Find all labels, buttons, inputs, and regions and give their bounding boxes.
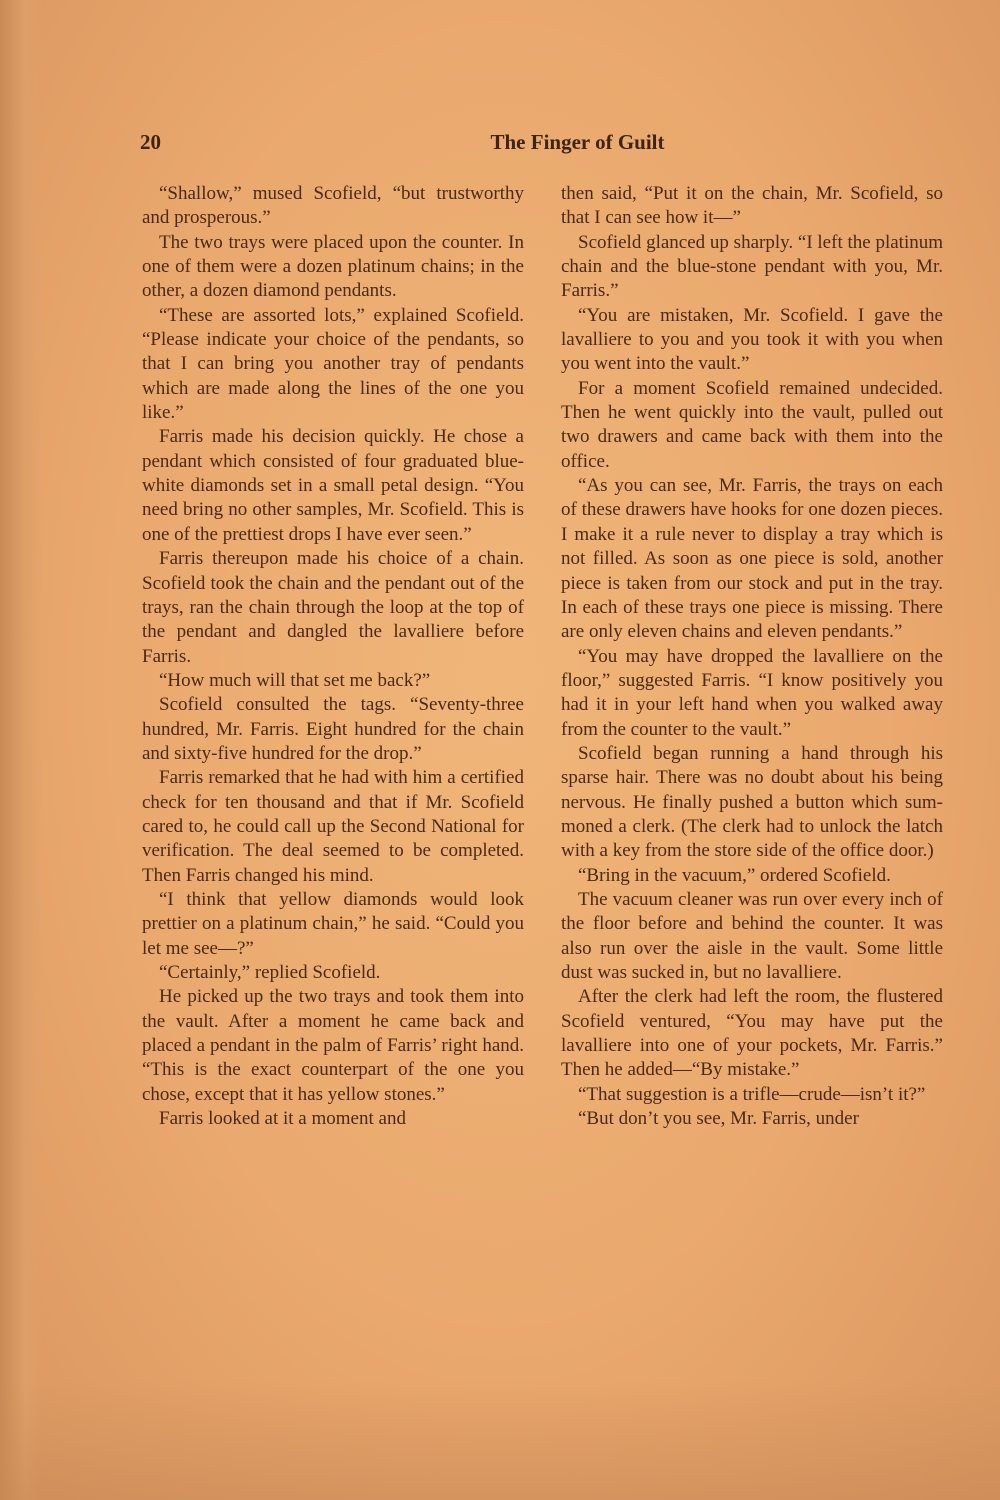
paragraph: “Certainly,” replied Scofield. (142, 961, 524, 985)
paragraph: Farris thereupon made his choice of a ch… (142, 547, 524, 669)
paragraph: The vacuum cleaner was run over every in… (561, 888, 943, 985)
paragraph: “That suggestion is a trifle—crude—isn’t… (561, 1083, 943, 1107)
paragraph: Scofield consulted the tags. “Seventy-th… (142, 693, 524, 766)
paragraph: He picked up the two trays and took them… (142, 985, 524, 1107)
paragraph: Scofield began running a hand through hi… (561, 742, 943, 864)
paragraph: After the clerk had left the room, the f… (561, 985, 943, 1082)
right-column: then said, “Put it on the chain, Mr. Sco… (561, 182, 943, 1131)
paragraph: “Shallow,” mused Scofield, “but trustwor… (142, 182, 524, 231)
paragraph: “These are assorted lots,” explained Sco… (142, 304, 524, 426)
running-title: The Finger of Guilt (140, 130, 960, 155)
paragraph: “You may have dropped the lavalliere on … (561, 645, 943, 742)
paragraph: “Bring in the vacuum,” ordered Scofield. (561, 864, 943, 888)
paragraph: Scofield glanced up sharply. “I left the… (561, 231, 943, 304)
paragraph: “As you can see, Mr. Farris, the trays o… (561, 474, 943, 644)
book-page: 20 The Finger of Guilt “Shallow,” mused … (0, 0, 1000, 1500)
paragraph: “How much will that set me back?” (142, 669, 524, 693)
left-column: “Shallow,” mused Scofield, “but trustwor… (142, 182, 524, 1131)
paragraph: For a moment Scofield remained un­decide… (561, 377, 943, 474)
paragraph: Farris made his decision quickly. He cho… (142, 425, 524, 547)
page-header: 20 The Finger of Guilt (140, 130, 960, 160)
paragraph: Farris looked at it a moment and (142, 1107, 524, 1131)
paragraph: “I think that yellow diamonds would look… (142, 888, 524, 961)
paragraph: Farris remarked that he had with him a c… (142, 766, 524, 888)
paragraph: The two trays were placed upon the count… (142, 231, 524, 304)
paragraph: then said, “Put it on the chain, Mr. Sco… (561, 182, 943, 231)
paragraph: “You are mistaken, Mr. Scofield. I gave … (561, 304, 943, 377)
paragraph: “But don’t you see, Mr. Farris, under (561, 1107, 943, 1131)
